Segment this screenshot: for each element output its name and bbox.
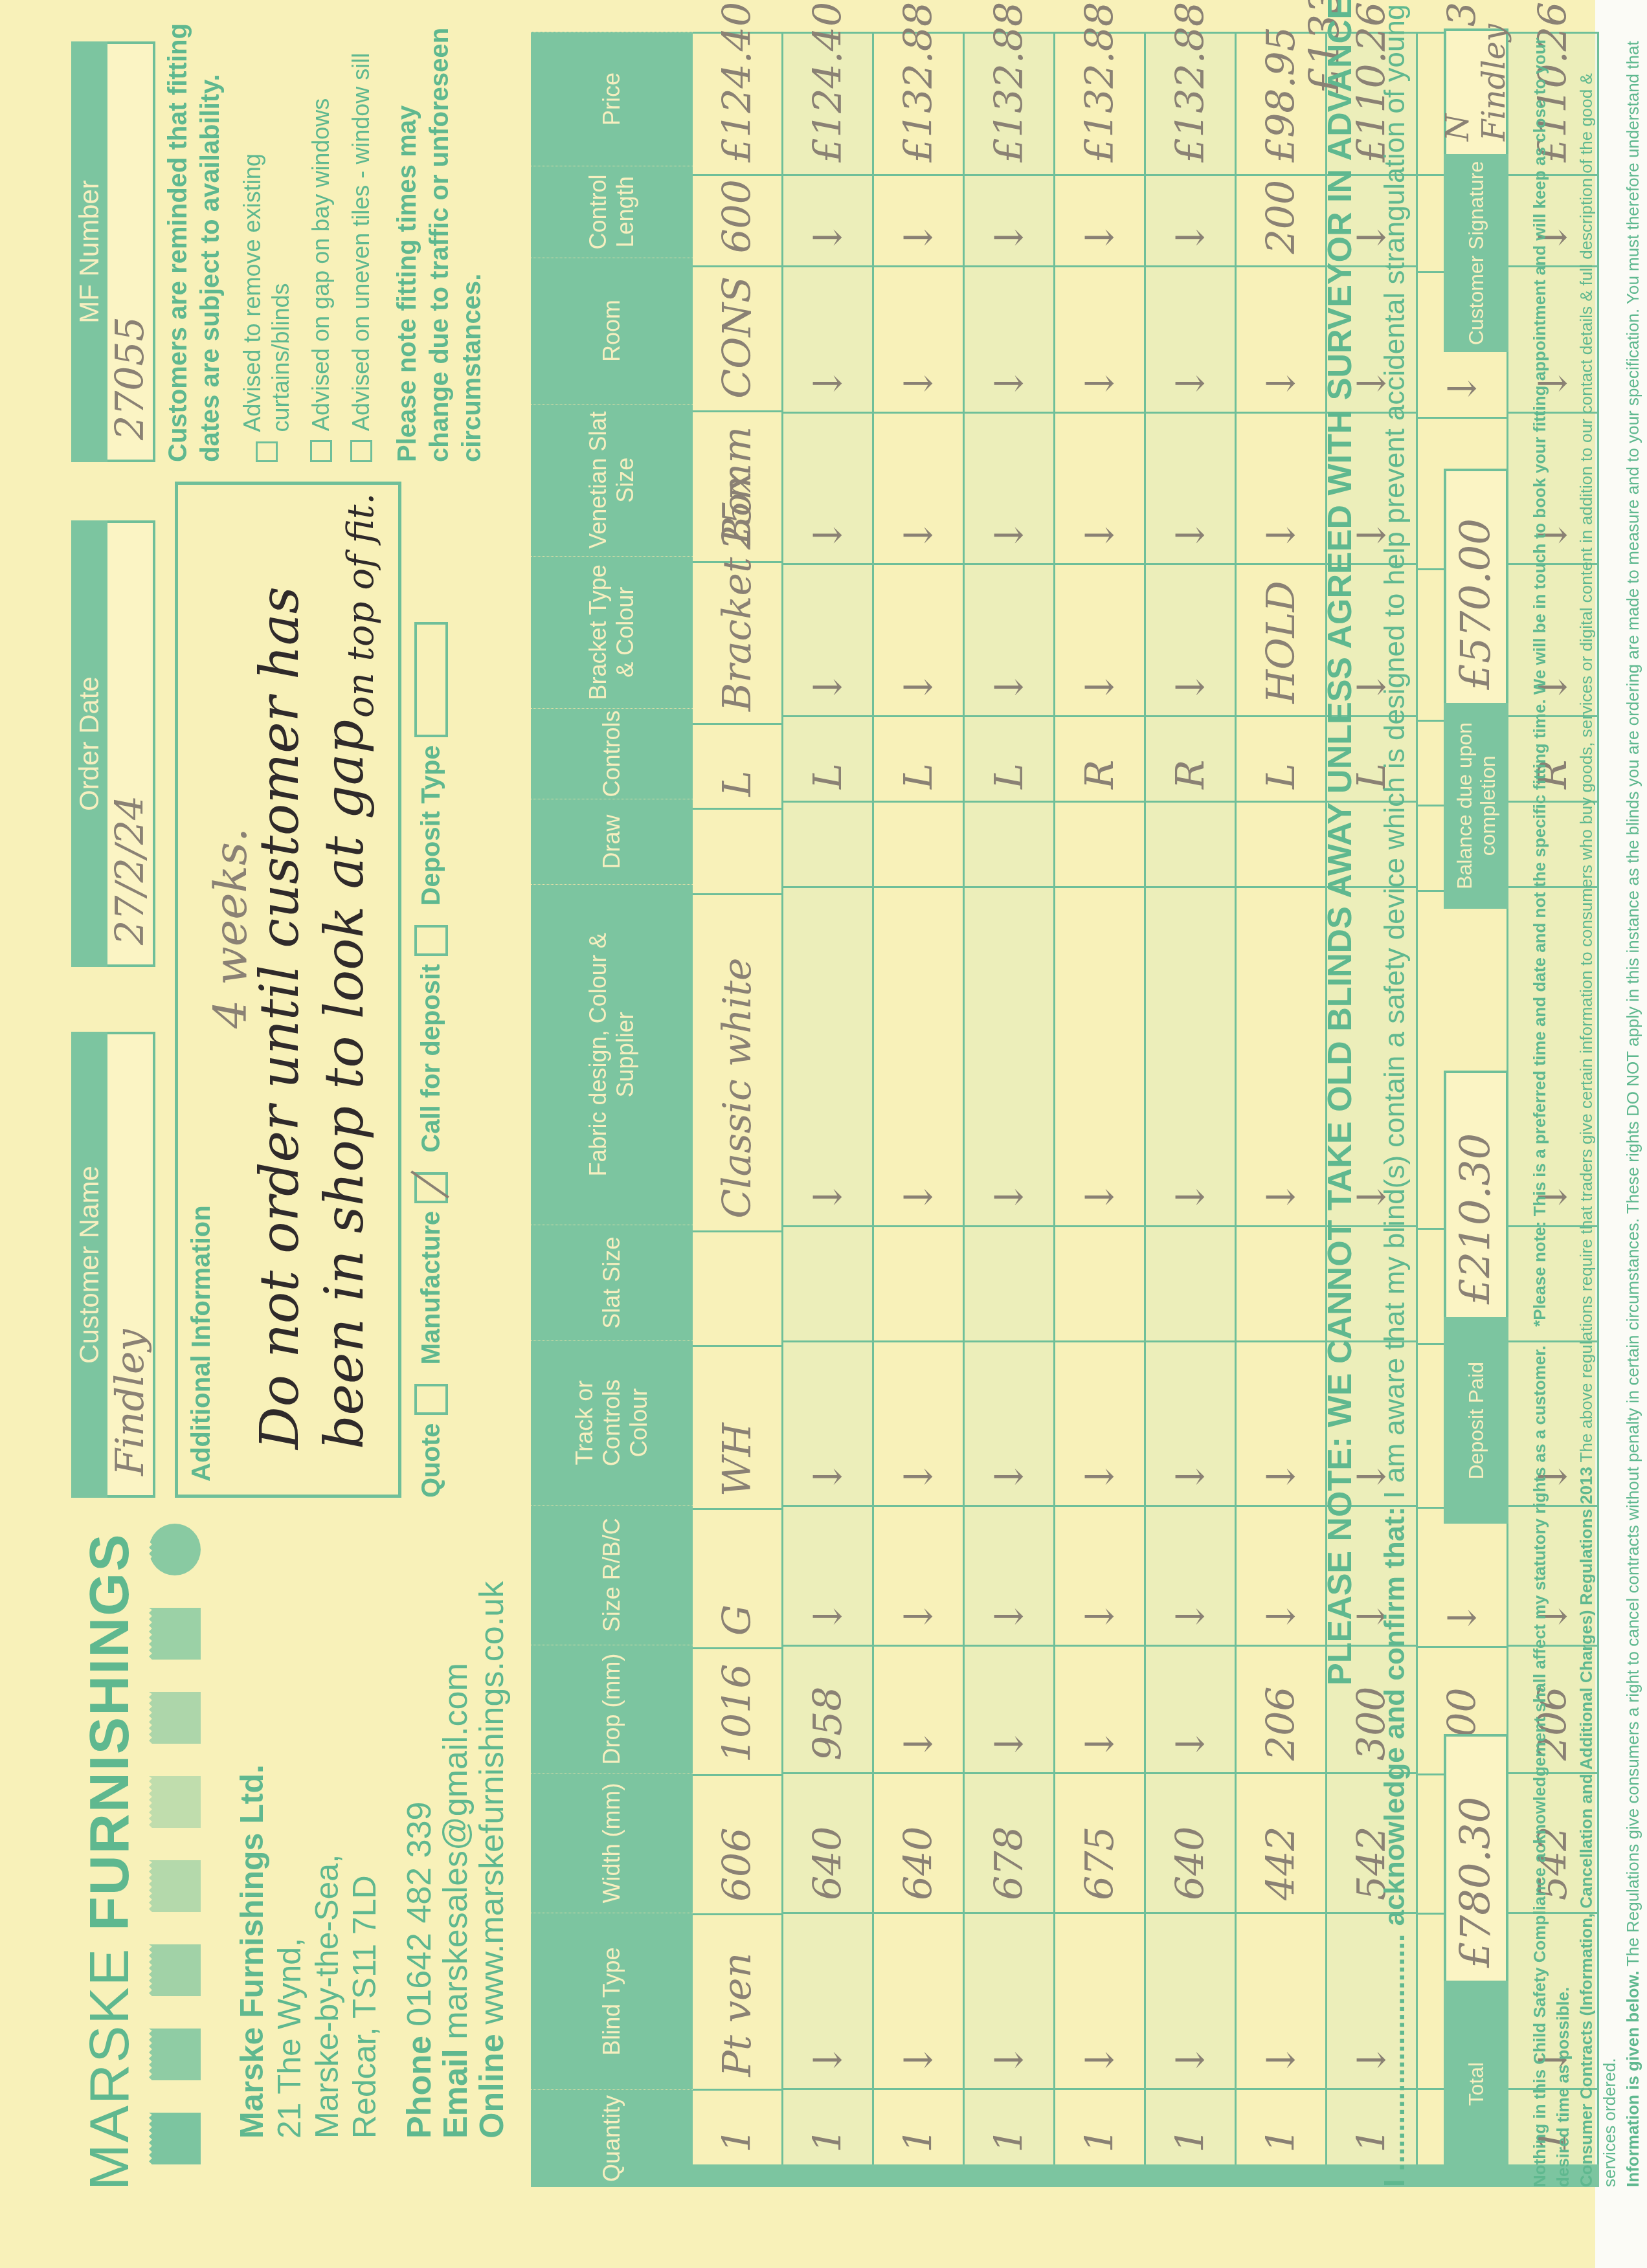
cell-size[interactable]: ↓ <box>783 1505 874 1645</box>
cell-slat-size[interactable] <box>965 1225 1055 1341</box>
deposit-label: Deposit Paid <box>1444 1317 1508 1524</box>
cell-drop[interactable]: ↓ <box>874 1645 965 1772</box>
cell-price[interactable]: £132.88 <box>874 32 965 174</box>
mf-number-value[interactable]: 27055 <box>107 41 155 462</box>
cell-bracket[interactable]: ↓ <box>965 563 1055 715</box>
quote-option[interactable]: Quote <box>414 1384 448 1498</box>
customer-name-value[interactable]: Findley <box>107 1032 155 1498</box>
cell-blind-type[interactable]: ↓ <box>1146 1912 1237 2088</box>
cell-bracket[interactable]: HOLD <box>1237 563 1327 715</box>
old-blinds-notice: PLEASE NOTE: WE CANNOT TAKE OLD BLINDS A… <box>1321 0 1360 1685</box>
col-fabric: Fabric design, Colour & Supplier <box>531 884 693 1225</box>
cell-control-length[interactable]: ↓ <box>874 174 965 265</box>
col-control-length: Control Length <box>531 166 693 258</box>
cell-fabric[interactable]: ↓ <box>965 886 1055 1225</box>
cell-fabric[interactable]: Classic white <box>693 893 783 1230</box>
col-draw: Draw <box>531 799 693 884</box>
cell-size[interactable]: ↓ <box>965 1505 1055 1645</box>
reminders-panel: Customers are reminded that fitting date… <box>162 22 488 462</box>
cell-blind-type[interactable]: ↓ <box>874 1912 965 2088</box>
table-header: Quantity Blind Type Width (mm) Drop (mm)… <box>531 32 693 2187</box>
cell-room[interactable]: ↓ <box>1055 265 1146 411</box>
fine-print: Nothing in this Child Safety Compliance … <box>1528 19 1647 2187</box>
cell-blind-type[interactable]: Pt ven <box>693 1913 783 2088</box>
company-address: Marske Furnishings Ltd. 21 The Wynd, Mar… <box>233 1764 383 2139</box>
col-quantity: Quantity <box>531 2089 693 2187</box>
call-for-deposit-option[interactable]: Call for deposit <box>414 926 448 1153</box>
cell-control-length[interactable]: 200 <box>1237 174 1327 265</box>
cell-width[interactable]: 675 <box>1055 1772 1146 1912</box>
cell-venetian-slat[interactable]: 25mm <box>693 410 783 561</box>
phone-number: 01642 482 339 <box>401 1802 438 2027</box>
cell-size[interactable]: ↓ <box>1146 1505 1237 1645</box>
cell-track-colour[interactable]: ↓ <box>1237 1340 1327 1504</box>
cell-size[interactable]: ↓ <box>1055 1505 1146 1645</box>
cell-price[interactable]: £124.40 <box>783 32 874 174</box>
cell-control-length[interactable]: ↓ <box>965 174 1055 265</box>
cell-bracket[interactable]: ↓ <box>1055 563 1146 715</box>
signature-box: Customer Signature N Findley <box>1444 28 1508 352</box>
cell-draw[interactable] <box>1146 801 1237 886</box>
col-track-colour: Track or Controls Colour <box>531 1340 693 1505</box>
additional-info-note: on top of fit. <box>340 493 382 718</box>
safety-acknowledgement: I .............................. acknowl… <box>1379 0 1411 2187</box>
cell-qty[interactable]: 1 <box>1146 2088 1237 2164</box>
manufacture-option[interactable]: Manufacture <box>414 1172 448 1365</box>
cell-draw[interactable] <box>1055 801 1146 886</box>
cell-width[interactable]: 640 <box>1146 1772 1237 1912</box>
cell-price[interactable]: £132.88 <box>1055 32 1146 174</box>
cell-size[interactable]: ↓ <box>874 1505 965 1645</box>
deposit-type-input[interactable] <box>414 622 448 737</box>
cell-venetian-slat[interactable]: ↓ <box>1055 412 1146 564</box>
checkbox-icon[interactable] <box>310 440 332 462</box>
col-venetian-slat: Venetian Slat Size <box>531 404 693 556</box>
checkbox-icon[interactable] <box>350 440 372 462</box>
cell-size[interactable]: G <box>693 1508 783 1647</box>
cell-price[interactable]: £132.88 <box>965 32 1055 174</box>
cell-slat-size[interactable] <box>1237 1225 1327 1341</box>
cell-track-colour[interactable]: ↓ <box>1055 1340 1146 1504</box>
reminder-option[interactable]: Advised on gap on bay windows <box>307 22 335 462</box>
balance-label: Balance due upon completion <box>1444 703 1508 909</box>
table-row: 1↓640958↓↓↓L↓↓↓↓£124.40 <box>783 32 874 2164</box>
cell-qty[interactable]: 1 <box>1055 2088 1146 2164</box>
cell-bracket[interactable]: ↓ <box>1146 563 1237 715</box>
mf-number-label: MF Number <box>71 41 107 462</box>
cell-bracket[interactable]: ↓ <box>874 563 965 715</box>
brand-logo: MARSKE FURNISHINGS <box>78 1533 142 2190</box>
order-date-field: Order Date 27/2/24 <box>71 520 155 967</box>
cell-width[interactable]: 442 <box>1237 1772 1327 1912</box>
cell-blind-type[interactable]: ↓ <box>1237 1912 1327 2088</box>
cell-track-colour[interactable]: ↓ <box>783 1340 874 1504</box>
order-table: Quantity Blind Type Width (mm) Drop (mm)… <box>531 32 1599 2187</box>
cell-controls[interactable]: L <box>783 715 874 801</box>
order-type-options: Quote Manufacture Call for deposit Depos… <box>414 622 448 1498</box>
cell-controls[interactable]: R <box>1055 715 1146 801</box>
cell-controls[interactable]: L <box>874 715 965 801</box>
order-date-value[interactable]: 27/2/24 <box>107 520 155 967</box>
balance-value[interactable]: £570.00 <box>1444 469 1508 703</box>
company-name: Marske Furnishings Ltd. <box>233 1764 271 2139</box>
table-row: 1↓675↓↓↓↓R↓↓↓↓£132.88 <box>1055 32 1146 2164</box>
additional-info-title: Additional Information <box>187 1205 216 1482</box>
signature-label: Customer Signature <box>1444 154 1508 352</box>
cell-controls[interactable]: R <box>1146 715 1237 801</box>
cell-price[interactable]: £124.40 <box>693 32 783 174</box>
checkbox-icon[interactable] <box>256 441 278 462</box>
address-line-3: Redcar, TS11 7LD <box>346 1764 383 2139</box>
table-row: 1↓640↓↓↓↓R↓↓↓↓£132.88 <box>1146 32 1237 2164</box>
cell-slat-size[interactable] <box>783 1225 874 1341</box>
cell-drop[interactable]: 1016 <box>693 1647 783 1774</box>
cell-draw[interactable] <box>1237 801 1327 886</box>
cell-width[interactable]: 640 <box>783 1772 874 1912</box>
cell-bracket[interactable]: Bracket Box <box>693 561 783 723</box>
reminder-option[interactable]: Advised on uneven tiles - window sill <box>347 22 375 462</box>
total-box: Total £780.30 <box>1444 1734 1508 2187</box>
phone-label: Phone <box>401 2036 438 2139</box>
brand-bold: FURNISHINGS <box>78 1533 140 1930</box>
deposit-type-option[interactable]: Deposit Type <box>414 622 448 906</box>
cell-drop[interactable]: 958 <box>783 1645 874 1772</box>
cell-room[interactable]: CONS <box>693 265 783 410</box>
cell-track-colour[interactable]: WH <box>693 1345 783 1508</box>
additional-info-note: been in shop to look at gap <box>314 720 375 1449</box>
cell-qty[interactable]: 1 <box>693 2089 783 2164</box>
reminder-footnote: Please note fitting times may change due… <box>391 22 488 462</box>
cell-slat-size[interactable] <box>1146 1225 1237 1341</box>
cell-width[interactable]: 606 <box>693 1774 783 1913</box>
total-value[interactable]: £780.30 <box>1444 1734 1508 1981</box>
cell-controls[interactable]: L <box>693 723 783 808</box>
cell-venetian-slat[interactable]: ↓ <box>1237 412 1327 564</box>
email-label: Email <box>437 2049 475 2139</box>
cell-drop[interactable]: 206 <box>1237 1645 1327 1772</box>
cell-room[interactable]: ↓ <box>1237 265 1327 411</box>
online-label: Online <box>473 2034 511 2139</box>
table-row: 1↓640↓↓↓↓L↓↓↓↓£132.88 <box>874 32 965 2164</box>
website-link: www.marskefurnishings.co.uk <box>473 1581 511 2025</box>
cell-qty[interactable]: 1 <box>783 2088 874 2164</box>
cell-control-length[interactable]: ↓ <box>1146 174 1237 265</box>
col-bracket: Bracket Type & Colour <box>531 556 693 708</box>
deposit-value[interactable]: £210.30 <box>1444 1071 1508 1317</box>
cell-qty[interactable]: 1 <box>1237 2088 1327 2164</box>
cell-venetian-slat[interactable]: ↓ <box>874 412 965 564</box>
reminder-headline: Customers are reminded that fitting date… <box>162 22 227 462</box>
additional-info-box[interactable]: Additional Information 4 weeks. Do not o… <box>175 482 401 1498</box>
cell-fabric[interactable]: ↓ <box>1237 886 1327 1225</box>
cell-venetian-slat[interactable]: ↓ <box>1146 412 1237 564</box>
cell-venetian-slat[interactable]: ↓ <box>965 412 1055 564</box>
cell-venetian-slat[interactable]: ↓ <box>783 412 874 564</box>
cell-room[interactable]: ↓ <box>965 265 1055 411</box>
cell-draw[interactable] <box>693 808 783 893</box>
cell-room[interactable]: ↓ <box>1146 265 1237 411</box>
quote-checkbox[interactable] <box>414 1384 448 1415</box>
cell-size[interactable]: ↓ <box>1237 1505 1327 1645</box>
email-address: marskesales@gmail.com <box>437 1663 475 2040</box>
order-date-label: Order Date <box>71 520 107 967</box>
cell-width[interactable]: 640 <box>874 1772 965 1912</box>
cell-bracket[interactable]: ↓ <box>783 563 874 715</box>
col-blind-type: Blind Type <box>531 1913 693 2089</box>
col-price: Price <box>531 32 693 166</box>
col-room: Room <box>531 258 693 404</box>
total-label: Total <box>1444 1981 1508 2187</box>
col-width: Width (mm) <box>531 1773 693 1913</box>
cell-slat-size[interactable] <box>693 1230 783 1346</box>
cell-blind-type[interactable]: ↓ <box>783 1912 874 2088</box>
cell-blind-type[interactable]: ↓ <box>965 1912 1055 2088</box>
col-size: Size R/B/C <box>531 1505 693 1645</box>
cell-price[interactable]: £132.88 <box>1146 32 1237 174</box>
cell-control-length[interactable]: ↓ <box>783 174 874 265</box>
cell-controls[interactable]: L <box>1237 715 1327 801</box>
cell-track-colour[interactable]: ↓ <box>1146 1340 1237 1504</box>
cell-fabric[interactable]: ↓ <box>1055 886 1146 1225</box>
table-row: 1↓442206↓↓↓LHOLD↓↓200£98.95 <box>1237 32 1327 2164</box>
cell-control-length[interactable]: 600 <box>693 174 783 265</box>
balance-box: Balance due upon completion £570.00 <box>1444 469 1508 909</box>
table-row: 1Pt ven6061016GWHClassic whiteLBracket B… <box>693 32 783 2164</box>
manufacture-checkbox[interactable] <box>414 1172 448 1203</box>
customer-name-label: Customer Name <box>71 1032 107 1498</box>
signature-value[interactable]: N Findley <box>1444 28 1508 154</box>
col-slat-size: Slat Size <box>531 1225 693 1340</box>
company-contact: Phone 01642 482 339 Email marskesales@gm… <box>401 1581 510 2139</box>
cell-control-length[interactable]: ↓ <box>1055 174 1146 265</box>
cell-track-colour[interactable]: ↓ <box>965 1340 1055 1504</box>
cell-drop[interactable]: ↓ <box>1146 1645 1237 1772</box>
call-for-deposit-checkbox[interactable] <box>414 926 448 957</box>
cell-fabric[interactable]: ↓ <box>874 886 965 1225</box>
cell-room[interactable]: ↓ <box>783 265 874 411</box>
customer-name-field: Customer Name Findley <box>71 1032 155 1498</box>
cell-blind-type[interactable]: ↓ <box>1055 1912 1146 2088</box>
cell-controls[interactable]: L <box>965 715 1055 801</box>
cell-fabric[interactable]: ↓ <box>783 886 874 1225</box>
cell-draw[interactable] <box>965 801 1055 886</box>
address-line-2: Marske-by-the-Sea, <box>308 1764 346 2139</box>
cell-qty[interactable]: 1 <box>965 2088 1055 2164</box>
reminder-option[interactable]: Advised to remove existing curtains/blin… <box>238 22 295 462</box>
cell-slat-size[interactable] <box>874 1225 965 1341</box>
table-row: 1↓678↓↓↓↓L↓↓↓↓£132.88 <box>965 32 1055 2164</box>
cell-draw[interactable] <box>783 801 874 886</box>
cell-size[interactable]: ↓ <box>1418 1507 1508 1646</box>
cell-qty[interactable]: 1 <box>874 2088 965 2164</box>
brand-swatches-icon <box>149 1524 201 2164</box>
cell-fabric[interactable]: ↓ <box>1146 886 1237 1225</box>
cell-draw[interactable] <box>874 801 965 886</box>
cell-slat-size[interactable] <box>1055 1225 1146 1341</box>
order-form: MARSKE FURNISHINGS Marske Furnishings Lt… <box>0 0 1647 2268</box>
col-drop: Drop (mm) <box>531 1645 693 1773</box>
cell-room[interactable]: ↓ <box>874 265 965 411</box>
address-line-1: 21 The Wynd, <box>271 1764 308 2139</box>
cell-width[interactable]: 678 <box>965 1772 1055 1912</box>
cell-drop[interactable]: ↓ <box>1055 1645 1146 1772</box>
cell-track-colour[interactable]: ↓ <box>874 1340 965 1504</box>
col-controls: Controls <box>531 708 693 799</box>
additional-info-note: Do not order until customer has <box>249 586 311 1449</box>
cell-drop[interactable]: ↓ <box>965 1645 1055 1772</box>
brand-light: MARSKE <box>78 1931 140 2190</box>
mf-number-field: MF Number 27055 <box>71 41 155 462</box>
deposit-box: Deposit Paid £210.30 <box>1444 1071 1508 1524</box>
